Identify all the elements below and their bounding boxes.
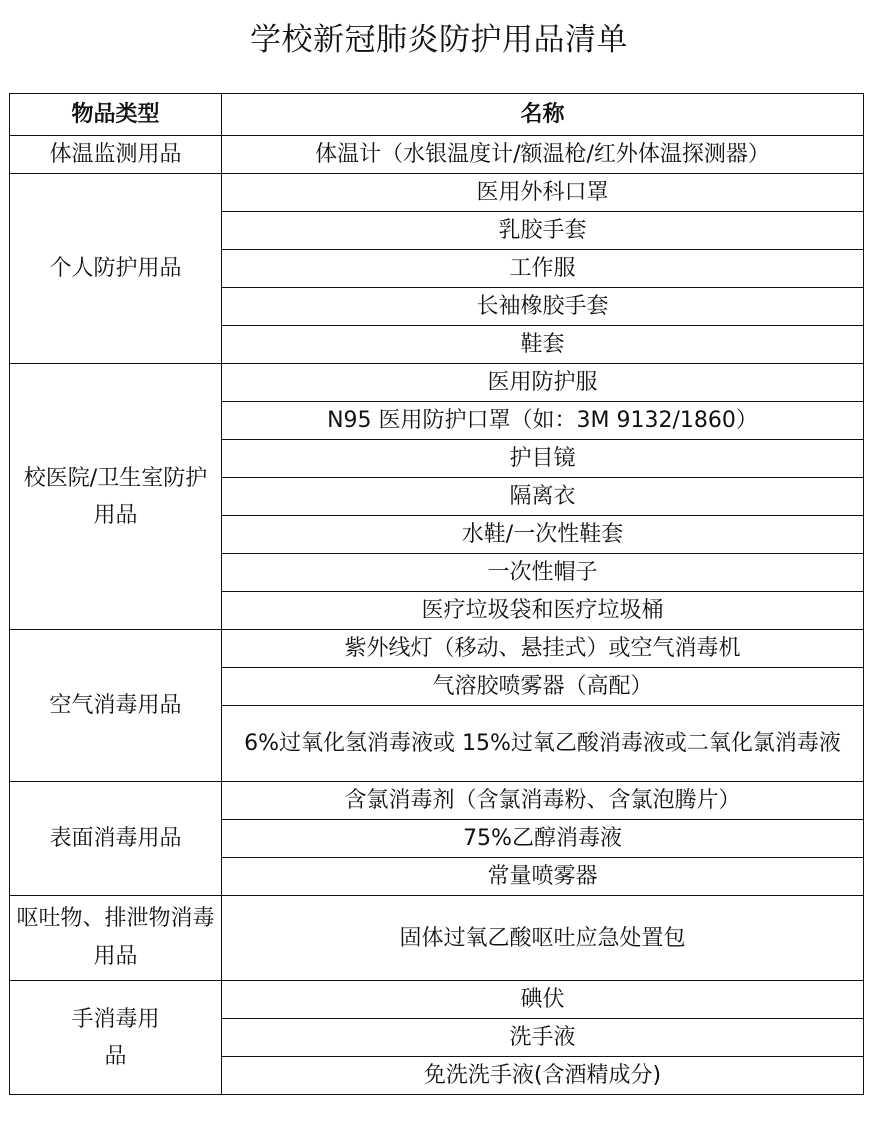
item-cell: 固体过氧乙酸呕吐应急处置包 xyxy=(222,896,864,981)
category-cell: 手消毒用品 xyxy=(10,981,222,1095)
item-cell: N95 医用防护口罩（如：3M 9132/1860） xyxy=(222,402,864,440)
item-cell: 气溶胶喷雾器（高配） xyxy=(222,668,864,706)
item-cell: 医疗垃圾袋和医疗垃圾桶 xyxy=(222,592,864,630)
item-cell: 常量喷雾器 xyxy=(222,858,864,896)
item-cell: 6%过氧化氢消毒液或 15%过氧乙酸消毒液或二氧化氯消毒液 xyxy=(222,706,864,782)
item-cell: 医用防护服 xyxy=(222,364,864,402)
header-category: 物品类型 xyxy=(10,94,222,136)
category-cell: 体温监测用品 xyxy=(10,136,222,174)
item-cell: 鞋套 xyxy=(222,326,864,364)
table-row: 手消毒用品 碘伏 xyxy=(10,981,864,1019)
item-cell: 洗手液 xyxy=(222,1019,864,1057)
category-cell: 校医院/卫生室防护用品 xyxy=(10,364,222,630)
item-cell: 长袖橡胶手套 xyxy=(222,288,864,326)
item-cell: 水鞋/一次性鞋套 xyxy=(222,516,864,554)
category-cell: 个人防护用品 xyxy=(10,174,222,364)
item-cell: 医用外科口罩 xyxy=(222,174,864,212)
supplies-table: 物品类型 名称 体温监测用品 体温计（水银温度计/额温枪/红外体温探测器） 个人… xyxy=(9,93,864,1095)
table-header-row: 物品类型 名称 xyxy=(10,94,864,136)
item-cell: 紫外线灯（移动、悬挂式）或空气消毒机 xyxy=(222,630,864,668)
category-cell: 呕吐物、排泄物消毒用品 xyxy=(10,896,222,981)
item-cell: 体温计（水银温度计/额温枪/红外体温探测器） xyxy=(222,136,864,174)
item-cell: 含氯消毒剂（含氯消毒粉、含氯泡腾片） xyxy=(222,782,864,820)
table-row: 呕吐物、排泄物消毒用品 固体过氧乙酸呕吐应急处置包 xyxy=(10,896,864,981)
table-row: 空气消毒用品 紫外线灯（移动、悬挂式）或空气消毒机 xyxy=(10,630,864,668)
category-cell: 空气消毒用品 xyxy=(10,630,222,782)
item-cell: 75%乙醇消毒液 xyxy=(222,820,864,858)
item-cell: 工作服 xyxy=(222,250,864,288)
header-name: 名称 xyxy=(222,94,864,136)
item-cell: 免洗洗手液(含酒精成分) xyxy=(222,1057,864,1095)
document-title: 学校新冠肺炎防护用品清单 xyxy=(0,14,878,59)
item-cell: 护目镜 xyxy=(222,440,864,478)
item-cell: 碘伏 xyxy=(222,981,864,1019)
table-row: 表面消毒用品 含氯消毒剂（含氯消毒粉、含氯泡腾片） xyxy=(10,782,864,820)
item-cell: 一次性帽子 xyxy=(222,554,864,592)
table-row: 个人防护用品 医用外科口罩 xyxy=(10,174,864,212)
item-cell: 乳胶手套 xyxy=(222,212,864,250)
category-cell: 表面消毒用品 xyxy=(10,782,222,896)
table-row: 体温监测用品 体温计（水银温度计/额温枪/红外体温探测器） xyxy=(10,136,864,174)
table-row: 校医院/卫生室防护用品 医用防护服 xyxy=(10,364,864,402)
item-cell: 隔离衣 xyxy=(222,478,864,516)
